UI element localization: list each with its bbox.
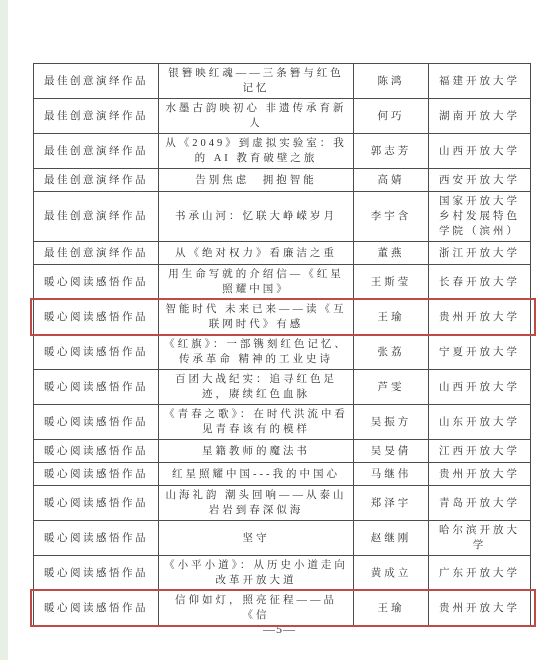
page-number: —5— xyxy=(0,622,559,637)
cell-work-title: 星籍教师的魔法书 xyxy=(159,440,354,463)
cell-work-title: 山海礼韵 潮头回响——从泰山岩岩到春深似海 xyxy=(159,486,354,521)
cell-institution: 湖南开放大学 xyxy=(429,99,531,134)
cell-work-title: 水墨古韵映初心 非遗传承育新人 xyxy=(159,99,354,134)
table-row: 最佳创意演绎作品水墨古韵映初心 非遗传承育新人何巧湖南开放大学 xyxy=(34,99,531,134)
cell-award-category: 暖心阅读感悟作品 xyxy=(34,486,159,521)
cell-institution: 山西开放大学 xyxy=(429,134,531,169)
cell-work-title: 坚守 xyxy=(159,521,354,556)
awards-table: 最佳创意演绎作品银簪映红魂——三条簪与红色记忆陈鸿福建开放大学最佳创意演绎作品水… xyxy=(33,63,531,626)
cell-award-category: 暖心阅读感悟作品 xyxy=(34,440,159,463)
cell-author: 王斯莹 xyxy=(354,265,429,300)
cell-work-title: 《红旗》：一部镌刻红色记忆、传承革命 精神的工业史诗 xyxy=(159,335,354,370)
cell-award-category: 最佳创意演绎作品 xyxy=(34,192,159,242)
cell-institution: 贵州开放大学 xyxy=(429,591,531,626)
cell-award-category: 暖心阅读感悟作品 xyxy=(34,591,159,626)
cell-author: 高婧 xyxy=(354,169,429,192)
table-row: 暖心阅读感悟作品星籍教师的魔法书吴旻倩江西开放大学 xyxy=(34,440,531,463)
cell-award-category: 暖心阅读感悟作品 xyxy=(34,370,159,405)
cell-author: 李宇含 xyxy=(354,192,429,242)
cell-institution: 广东开放大学 xyxy=(429,556,531,591)
cell-institution: 贵州开放大学 xyxy=(429,463,531,486)
table-row: 暖心阅读感悟作品坚守赵继刚哈尔滨开放大学 xyxy=(34,521,531,556)
table-row: 暖心阅读感悟作品百团大战纪实：追寻红色足迹，赓续红色血脉芦雯山西开放大学 xyxy=(34,370,531,405)
cell-author: 何巧 xyxy=(354,99,429,134)
cell-work-title: 从《2049》到虚拟实验室：我的 AI 教育破壁之旅 xyxy=(159,134,354,169)
table-row-highlighted: 暖心阅读感悟作品智能时代 未来已来——读《互联网时代》有感王瑜贵州开放大学 xyxy=(34,300,531,335)
cell-author: 王瑜 xyxy=(354,591,429,626)
cell-work-title: 信仰如灯，照亮征程——品《信 xyxy=(159,591,354,626)
table-row-highlighted: 暖心阅读感悟作品信仰如灯，照亮征程——品《信王瑜贵州开放大学 xyxy=(34,591,531,626)
table-row: 最佳创意演绎作品银簪映红魂——三条簪与红色记忆陈鸿福建开放大学 xyxy=(34,64,531,99)
table-row: 暖心阅读感悟作品山海礼韵 潮头回响——从泰山岩岩到春深似海郑泽宇青岛开放大学 xyxy=(34,486,531,521)
table-row: 暖心阅读感悟作品《青春之歌》：在时代洪流中看见青春该有的模样吴振方山东开放大学 xyxy=(34,405,531,440)
cell-institution: 青岛开放大学 xyxy=(429,486,531,521)
cell-institution: 国家开放大学乡村发展特色学院（滨州） xyxy=(429,192,531,242)
cell-award-category: 最佳创意演绎作品 xyxy=(34,169,159,192)
cell-award-category: 最佳创意演绎作品 xyxy=(34,134,159,169)
table-row: 最佳创意演绎作品告别焦虑 拥抱智能高婧西安开放大学 xyxy=(34,169,531,192)
cell-work-title: 从《绝对权力》看廉洁之重 xyxy=(159,242,354,265)
cell-institution: 贵州开放大学 xyxy=(429,300,531,335)
cell-award-category: 最佳创意演绎作品 xyxy=(34,64,159,99)
cell-author: 张荔 xyxy=(354,335,429,370)
cell-author: 马继伟 xyxy=(354,463,429,486)
cell-institution: 浙江开放大学 xyxy=(429,242,531,265)
cell-award-category: 暖心阅读感悟作品 xyxy=(34,463,159,486)
cell-author: 郑泽宇 xyxy=(354,486,429,521)
cell-author: 吴振方 xyxy=(354,405,429,440)
table-row: 最佳创意演绎作品从《2049》到虚拟实验室：我的 AI 教育破壁之旅郭志芳山西开… xyxy=(34,134,531,169)
cell-institution: 江西开放大学 xyxy=(429,440,531,463)
page-edge-strip xyxy=(0,0,8,660)
cell-author: 郭志芳 xyxy=(354,134,429,169)
table-row: 暖心阅读感悟作品《红旗》：一部镌刻红色记忆、传承革命 精神的工业史诗张荔宁夏开放… xyxy=(34,335,531,370)
cell-work-title: 用生命写就的介绍信—《红星照耀中国》 xyxy=(159,265,354,300)
cell-author: 吴旻倩 xyxy=(354,440,429,463)
cell-award-category: 暖心阅读感悟作品 xyxy=(34,300,159,335)
cell-work-title: 银簪映红魂——三条簪与红色记忆 xyxy=(159,64,354,99)
cell-award-category: 暖心阅读感悟作品 xyxy=(34,335,159,370)
cell-work-title: 书承山河：忆联大峥嵘岁月 xyxy=(159,192,354,242)
cell-author: 芦雯 xyxy=(354,370,429,405)
cell-award-category: 暖心阅读感悟作品 xyxy=(34,405,159,440)
cell-institution: 哈尔滨开放大学 xyxy=(429,521,531,556)
cell-work-title: 告别焦虑 拥抱智能 xyxy=(159,169,354,192)
cell-institution: 山西开放大学 xyxy=(429,370,531,405)
awards-table-body: 最佳创意演绎作品银簪映红魂——三条簪与红色记忆陈鸿福建开放大学最佳创意演绎作品水… xyxy=(34,64,531,626)
cell-work-title: 百团大战纪实：追寻红色足迹，赓续红色血脉 xyxy=(159,370,354,405)
table-row: 暖心阅读感悟作品红星照耀中国---我的中国心马继伟贵州开放大学 xyxy=(34,463,531,486)
cell-award-category: 暖心阅读感悟作品 xyxy=(34,265,159,300)
table-row: 暖心阅读感悟作品用生命写就的介绍信—《红星照耀中国》王斯莹长春开放大学 xyxy=(34,265,531,300)
cell-award-category: 暖心阅读感悟作品 xyxy=(34,556,159,591)
cell-institution: 长春开放大学 xyxy=(429,265,531,300)
cell-author: 黄成立 xyxy=(354,556,429,591)
cell-author: 赵继刚 xyxy=(354,521,429,556)
cell-author: 王瑜 xyxy=(354,300,429,335)
cell-work-title: 《青春之歌》：在时代洪流中看见青春该有的模样 xyxy=(159,405,354,440)
cell-institution: 福建开放大学 xyxy=(429,64,531,99)
cell-work-title: 《小平小道》：从历史小道走向改革开放大道 xyxy=(159,556,354,591)
cell-work-title: 红星照耀中国---我的中国心 xyxy=(159,463,354,486)
cell-author: 陈鸿 xyxy=(354,64,429,99)
cell-work-title: 智能时代 未来已来——读《互联网时代》有感 xyxy=(159,300,354,335)
cell-award-category: 暖心阅读感悟作品 xyxy=(34,521,159,556)
document-page: 最佳创意演绎作品银簪映红魂——三条簪与红色记忆陈鸿福建开放大学最佳创意演绎作品水… xyxy=(0,0,559,660)
table-row: 最佳创意演绎作品书承山河：忆联大峥嵘岁月李宇含国家开放大学乡村发展特色学院（滨州… xyxy=(34,192,531,242)
table-row: 暖心阅读感悟作品《小平小道》：从历史小道走向改革开放大道黄成立广东开放大学 xyxy=(34,556,531,591)
table-row: 最佳创意演绎作品从《绝对权力》看廉洁之重董燕浙江开放大学 xyxy=(34,242,531,265)
cell-institution: 西安开放大学 xyxy=(429,169,531,192)
cell-institution: 宁夏开放大学 xyxy=(429,335,531,370)
cell-author: 董燕 xyxy=(354,242,429,265)
cell-award-category: 最佳创意演绎作品 xyxy=(34,242,159,265)
cell-award-category: 最佳创意演绎作品 xyxy=(34,99,159,134)
cell-institution: 山东开放大学 xyxy=(429,405,531,440)
